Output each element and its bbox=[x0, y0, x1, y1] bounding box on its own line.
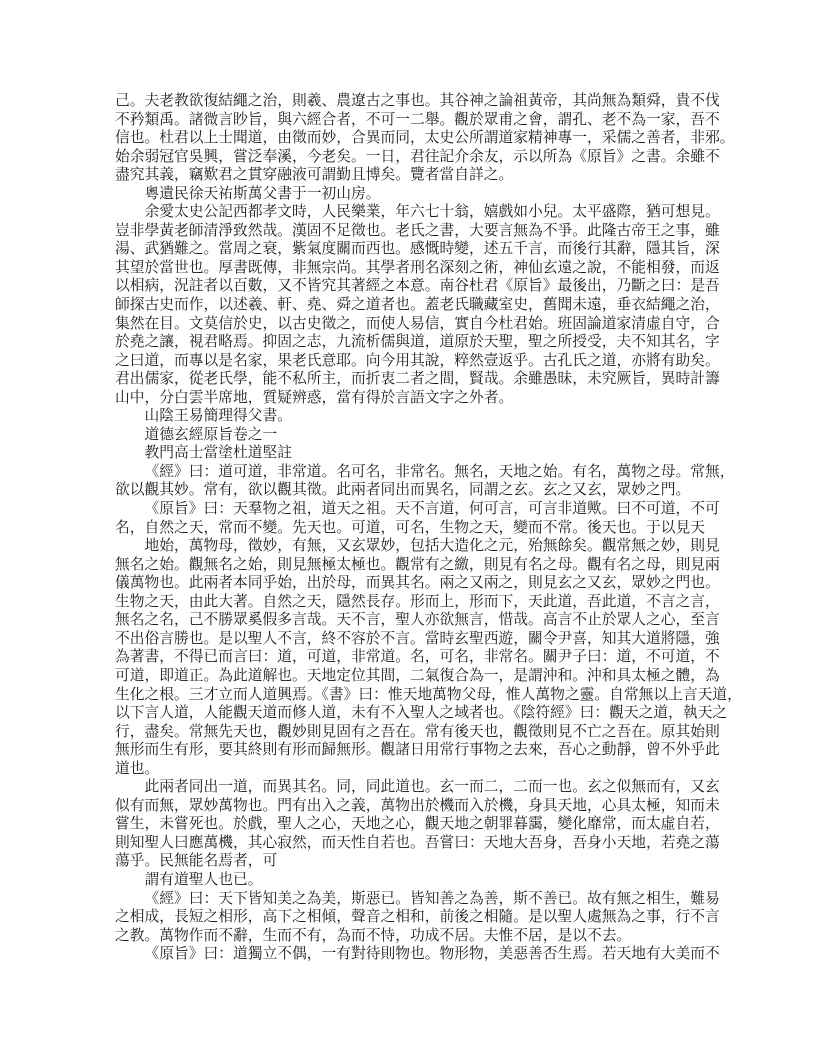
text-line: 無名之名，己不勝眾奚假多言哉。天不言，聖人亦欲無言，惜哉。高言不止於眾人之心，至… bbox=[115, 611, 711, 630]
text-line: 之相成，長短之相形，高下之相傾，聲音之相和，前後之相隨。是以聖人處無為之事，行不… bbox=[115, 908, 711, 927]
text-line: 山中，分白雲半席地，質疑辨惑，當有得於言語文字之外者。 bbox=[115, 389, 711, 408]
text-line: 《原旨》曰：天羣物之祖，道天之祖。天不言道，何可言，可言非道歟。曰不可道，不可 bbox=[115, 500, 711, 519]
text-line: 盡究其義，竊歎君之貫穿融液可謂勤且博矣。覽者當自詳之。 bbox=[115, 166, 711, 185]
text-line: 不矜類禹。諸微言眇旨，與六經合者，不可一二舉。觀於眾甫之會，謂孔、老不為一家，吾… bbox=[115, 111, 711, 130]
text-line: 不出俗言勝也。是以聖人不言，終不容於不言。當時玄聖西遊，關令尹喜，知其大道將隱，… bbox=[115, 630, 711, 649]
text-line: 湯、武猶難之。當周之衰，紫氣度關而西也。感慨時變，述五千言，而後行其辭，隱其旨，… bbox=[115, 240, 711, 259]
text-line: 則知聖人曰應萬機，其心寂然，而天性自若也。吾嘗曰：天地大吾身，吾身小天地，若堯之… bbox=[115, 834, 711, 853]
text-block: 己。夫老教欲復結繩之治，則羲、農遼古之事也。其谷神之論祖黃帝，其尚無為類舜，貴不… bbox=[115, 92, 711, 964]
text-line: 教門高士當塗杜道堅註 bbox=[115, 444, 711, 463]
text-line: 《經》曰：天下皆知美之為美，斯惡已。皆知善之為善，斯不善已。故有無之相生，難易 bbox=[115, 890, 711, 909]
text-line: 己。夫老教欲復結繩之治，則羲、農遼古之事也。其谷神之論祖黃帝，其尚無為類舜，貴不… bbox=[115, 92, 711, 111]
text-line: 儀萬物也。此兩者本同乎始，出於母，而異其名。兩之又兩之，則見玄之又玄，眾妙之門也… bbox=[115, 574, 711, 593]
text-line: 於堯之讓，視君略焉。抑固之志，九流析儒與道，道原於天聖，聖之所授受，夫不知其名，… bbox=[115, 333, 711, 352]
text-line: 以相病，況註者以百數，又不皆究其著經之本意。南谷杜君《原旨》最後出，乃斷之曰：是… bbox=[115, 277, 711, 296]
text-line: 信也。杜君以上士聞道，由徵而妙，合異而同，太史公所謂道家精神專一，采儒之善者，非… bbox=[115, 129, 711, 148]
text-line: 以下言人道，人能觀天道而修人道，未有不入聖人之域者也。《陰符經》曰：觀天之道，執… bbox=[115, 704, 711, 723]
text-line: 粵遺民徐天祐斯萬父書于一初山房。 bbox=[115, 185, 711, 204]
text-line: 之曰道，而專以是名家，果老氏意耶。向今用其說，粹然壹返乎。古孔氏之道，亦將有助矣… bbox=[115, 352, 711, 371]
text-line: 嘗生，未嘗死也。於戲，聖人之心，天地之心，觀天地之朝罪暮靄，變化靡常，而太虛自若… bbox=[115, 815, 711, 834]
text-line: 地始，萬物母，徵妙，有無，又玄眾妙，包括大造化之元，殆無餘矣。觀常無之妙，則見 bbox=[115, 537, 711, 556]
text-line: 《原旨》曰：道獨立不偶，一有對待則物也。物形物，美惡善否生焉。若天地有大美而不 bbox=[115, 945, 711, 964]
text-line: 行，盡矣。常無先天也，觀妙則見固有之吾在。常有後天也，觀徵則見不亡之吾在。原其始… bbox=[115, 723, 711, 742]
text-line: 余愛太史公記西都孝文時，人民樂業，年六七十翁，嬉戲如小兒。太平盛際，猶可想見。 bbox=[115, 203, 711, 222]
text-line: 名，自然之天，常而不變。先天也。可道，可名，生物之天，變而不常。後天也。于以見天 bbox=[115, 519, 711, 538]
text-line: 《經》曰：道可道，非常道。名可名，非常名。無名，天地之始。有名，萬物之母。常無， bbox=[115, 463, 711, 482]
text-line: 為著書，不得已而言曰：道，可道，非常道。名，可名，非常名。關尹子曰：道，不可道，… bbox=[115, 648, 711, 667]
document-page: 己。夫老教欲復結繩之治，則羲、農遼古之事也。其谷神之論祖黃帝，其尚無為類舜，貴不… bbox=[0, 0, 816, 1056]
text-line: 生化之根。三才立而人道興焉。《書》曰：惟天地萬物父母，惟人萬物之靈。自常無以上言… bbox=[115, 686, 711, 705]
text-line: 其望於當世也。厚書既傳，非無宗尚。其學者刑名深刻之術，神仙玄遠之說，不能相發，而… bbox=[115, 259, 711, 278]
text-line: 無名之始。觀無名之始，則見無極太極也。觀常有之繳，則見有名之母。觀有名之母，則見… bbox=[115, 556, 711, 575]
text-line: 蕩乎。民無能名焉者，可 bbox=[115, 852, 711, 871]
text-line: 集然在目。文莫信於史，以古史徵之，而使人易信，實自今杜君始。班固論道家清虛自守，… bbox=[115, 315, 711, 334]
text-line: 此兩者同出一道，而異其名。同，同此道也。玄一而二，二而一也。玄之似無而有，又玄 bbox=[115, 778, 711, 797]
text-line: 始余弱冠官吳興，嘗泛奉溪，今老矣。一日，君往記介余友，示以所為《原旨》之書。余雖… bbox=[115, 148, 711, 167]
text-line: 謂有道聖人也已。 bbox=[115, 871, 711, 890]
text-line: 似有而無，眾妙萬物也。門有出入之義，萬物出於機而入於機，身具天地，心具太極，知而… bbox=[115, 797, 711, 816]
text-line: 生物之天，由此大著。自然之天，隱然長存。形而上，形而下，天此道，吾此道，不言之言… bbox=[115, 593, 711, 612]
text-line: 道德玄經原旨卷之一 bbox=[115, 426, 711, 445]
text-line: 之教。萬物作而不辭，生而不有，為而不恃，功成不居。夫惟不居，是以不去。 bbox=[115, 927, 711, 946]
text-line: 師探古史而作，以述羲、軒、堯、舜之道者也。蓋老氏職藏室史，舊聞未遠，垂衣結繩之治… bbox=[115, 296, 711, 315]
text-line: 山陰王易簡理得父書。 bbox=[115, 407, 711, 426]
text-line: 欲以觀其妙。常有，欲以觀其徵。此兩者同出而異名，同謂之玄。玄之又玄，眾妙之門。 bbox=[115, 481, 711, 500]
text-line: 可道，即道正。為此道解也。天地定位其間，二氣復合為一，是謂沖和。沖和具太極之體，… bbox=[115, 667, 711, 686]
text-line: 無形而生有形，要其終則有形而歸無形。觀諸日用常行事物之去來，吾心之動靜，曾不外乎… bbox=[115, 741, 711, 760]
text-line: 君出儒家，從老氏學，能不私所主，而折衷二者之間，賢哉。余雖愚昧，未究厥旨，異時計… bbox=[115, 370, 711, 389]
text-line: 豈非學黃老師清淨致然哉。漢固不足徵也。老氏之書，大要言無為不爭。此隆古帝王之事，… bbox=[115, 222, 711, 241]
text-line: 道也。 bbox=[115, 760, 711, 779]
